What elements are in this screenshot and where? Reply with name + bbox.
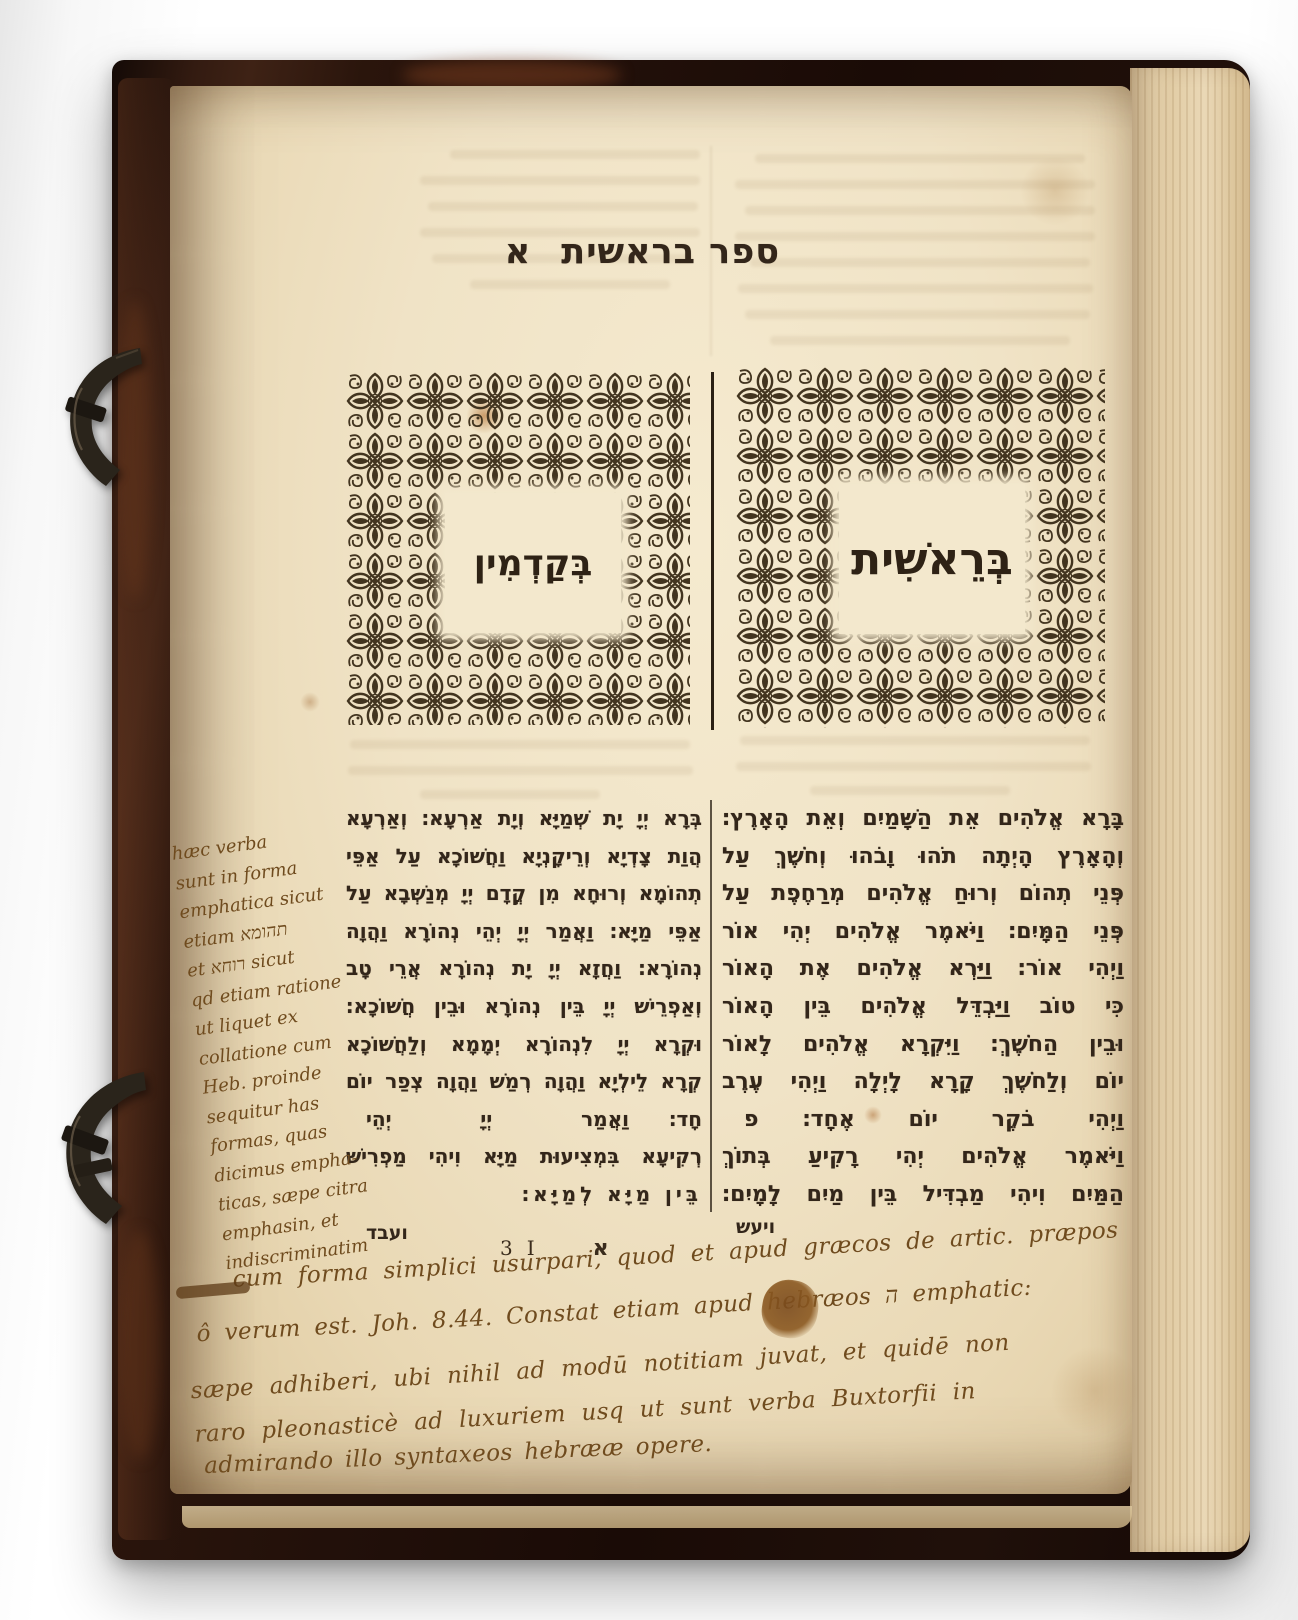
- ghost-text-line: [450, 150, 700, 159]
- ghost-text-line: [750, 258, 1090, 267]
- ghost-text-line: [810, 786, 1010, 795]
- hebrew-text-line: יוֹם וְלַחֹשֶׁךְ קָרָא לָיְלָה וַיְהִי ע…: [722, 1063, 1124, 1101]
- targum-text-line: הֲוַת צָדְיָא וְרֵיקָנְיָא וַחֲשׁוֹכָא ע…: [346, 838, 702, 876]
- hebrew-text-line: וַיְהִי אוֹר׃ וַיַּרְא אֱלֹהִים אֶת הָאו…: [722, 950, 1124, 988]
- initial-word-window: בְּקַדְמִין: [445, 493, 621, 633]
- ghost-text-line: [350, 740, 690, 749]
- foxing-spot: [1020, 156, 1090, 226]
- woodcut-ornament-block-targum: בְּקַדְמִין: [345, 371, 690, 725]
- hebrew-text-line: וַיֹּאמֶר אֱלֹהִים יְהִי רָקִיעַ בְּתוֹך…: [722, 1138, 1124, 1176]
- hebrew-text-column: בָּרָא אֱלֹהִים אֵת הַשָּׁמַיִם וְאֵת הָ…: [722, 800, 1124, 1214]
- targum-text-line: נְהוֹרָא׃ וַחֲזָא יְיָ יָת נְהוֹרָא אֲרֵ…: [346, 950, 702, 988]
- foxing-spot: [1050, 1346, 1140, 1436]
- catchword-hebrew: ויעש: [736, 1216, 775, 1238]
- photograph-of-open-book: ספר בראשיתא בְּקַדְמִין בְּרֵאשִׁית: [0, 0, 1298, 1620]
- bottom-page-edges: [182, 1506, 1132, 1528]
- initial-word-targum: בְּקַדְמִין: [474, 543, 593, 584]
- book-fore-edge-pages: [1130, 68, 1250, 1552]
- ghost-text-line: [735, 232, 1095, 241]
- hebrew-text-line: וּבֵין הַחֹשֶׁךְ׃ וַיִּקְרָא אֱלֹהִים לָ…: [722, 1026, 1124, 1064]
- crossed-out-word: [176, 1281, 251, 1299]
- hebrew-text-line: פְּנֵי תְהוֹם וְרוּחַ אֱלֹהִים מְרַחֶפֶת…: [722, 875, 1124, 913]
- hebrew-text-line: הַמַּיִם וִיהִי מַבְדִּיל בֵּין מַיִם לָ…: [722, 1176, 1124, 1214]
- hebrew-text-line: וַיְהִי בֹקֶר יוֹם אֶחָד׃ פ: [722, 1101, 1124, 1139]
- targum-text-line: תְהוֹמָא וְרוּחָא מִן קֳדָם יְיָ מְנַשְּ…: [346, 875, 702, 913]
- hebrew-text-line: פְּנֵי הַמָּיִם׃ וַיֹּאמֶר אֱלֹהִים יְהִ…: [722, 913, 1124, 951]
- chapter-letter: א: [505, 232, 531, 272]
- hebrew-text-line: וְהָאָרֶץ הָיְתָה תֹהוּ וָבֹהוּ וְחֹשֶׁך…: [722, 838, 1124, 876]
- hebrew-text-line: בָּרָא אֱלֹהִים אֵת הַשָּׁמַיִם וְאֵת הָ…: [722, 800, 1124, 838]
- ghost-text-line: [420, 790, 600, 799]
- leather-worn-spot: [120, 1230, 160, 1460]
- ghost-text-line: [736, 762, 1091, 771]
- ghost-text-line: [738, 284, 1093, 293]
- ghost-text-line: [770, 336, 1070, 345]
- book-binding: ספר בראשיתא בְּקַדְמִין בְּרֵאשִׁית: [112, 60, 1250, 1560]
- ghost-text-line: [348, 766, 693, 775]
- book-clasp-bottom: [46, 1066, 148, 1246]
- book-clasp-top: [52, 344, 144, 510]
- column-divider-rule: [711, 372, 714, 730]
- book-title-hebrew: ספר בראשית: [561, 232, 780, 272]
- printed-page: ספר בראשיתא בְּקַדְמִין בְּרֵאשִׁית: [170, 86, 1132, 1494]
- woodcut-ornament-block-hebrew: בְּרֵאשִׁית: [735, 366, 1105, 728]
- targum-text-line: אַפֵּי מַיָּא׃ וַאֲמַר יְיָ יְהֵי נְהוֹר…: [346, 913, 702, 951]
- hebrew-text-line: כִּי טוֹב וַיַּבְדֵּל אֱלֹהִים בֵּין הָא…: [722, 988, 1124, 1026]
- foxing-spot: [300, 692, 320, 712]
- ghost-text-line: [420, 176, 700, 185]
- initial-word-hebrew: בְּרֵאשִׁית: [851, 534, 1013, 585]
- ghost-text-line: [745, 310, 1090, 319]
- ghost-text-line: [740, 736, 1090, 745]
- page-title: ספר בראשיתא: [505, 232, 780, 272]
- column-divider-rule: [710, 800, 712, 1212]
- initial-word-window: בְּרֵאשִׁית: [839, 484, 1025, 634]
- targum-text-line: בְּרָא יְיָ יָת שְׁמַיָּא וְיָת אַרְעָא׃…: [346, 800, 702, 838]
- ghost-text-line: [470, 280, 670, 289]
- ghost-text-line: [428, 202, 698, 211]
